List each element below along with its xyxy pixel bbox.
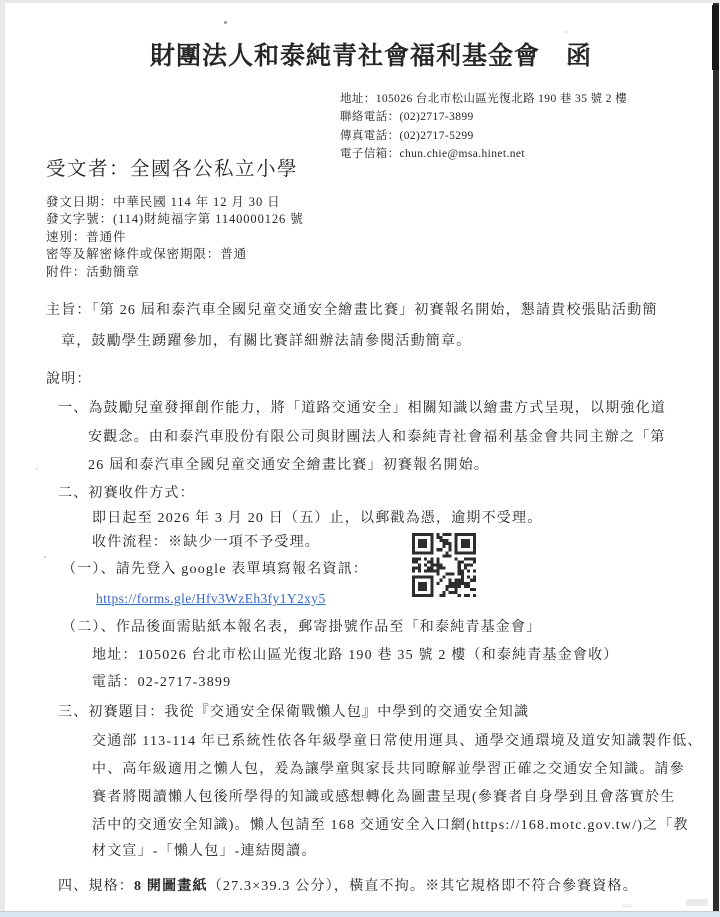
google-form-link[interactable]: https://forms.gle/Hfv3WzEh3fy1Y2xy5 xyxy=(96,591,326,606)
sender-phone: 聯絡電話：(02)2717-3899 xyxy=(340,108,627,126)
security-class: 密等及解密條件或保密期限：普通 xyxy=(46,246,304,263)
scan-speck xyxy=(44,556,46,558)
issue-date: 發文日期：中華民國 114 年 12 月 30 日 xyxy=(46,194,304,211)
item2-flow: 收件流程：※缺少一項不予受理。 xyxy=(92,534,320,552)
item4-line: 四、規格：8 開圖畫紙（27.3×39.3 公分），橫直不拘。※其它規格即不符合… xyxy=(58,878,638,896)
meta-block: 發文日期：中華民國 114 年 12 月 30 日 發文字號：(114)財純福字… xyxy=(46,194,304,281)
scan-smudge xyxy=(622,904,632,908)
item2-heading: 二、初賽收件方式： xyxy=(58,485,195,503)
doc-number: 發文字號：(114)財純福字第 1140000126 號 xyxy=(46,211,304,228)
speed-class: 速別：普通件 xyxy=(46,229,304,246)
recipient-line: 受文者：全國各公私立小學 xyxy=(46,153,298,181)
scan-edge-left xyxy=(0,0,5,917)
qr-code xyxy=(412,533,476,597)
item3-line-1: 三、初賽題目：我從『交通安全保衛戰懶人包』中學到的交通安全知識 xyxy=(58,704,529,722)
sender-email: 電子信箱：chun.chie@msa.hinet.net xyxy=(340,145,627,163)
item1-line-1: 一、為鼓勵兒童發揮創作能力，將「道路交通安全」相關知識以繪畫方式呈現，以期強化道 xyxy=(58,400,666,418)
sender-address: 地址：105026 台北市松山區光復北路 190 巷 35 號 2 樓 xyxy=(340,90,627,108)
form-link-line: https://forms.gle/Hfv3WzEh3fy1Y2xy5 xyxy=(96,590,326,609)
item3-line-3: 中、高年級適用之懶人包，爰為讓學童與家長共同瞭解並學習正確之交通安全知識。請參 xyxy=(92,761,685,779)
item3-line-6: 材文宣」-「懶人包」-連結閱讀。 xyxy=(92,843,317,861)
attachment: 附件：活動簡章 xyxy=(46,264,304,281)
item2-step1: （一）、請先登入 google 表單填寫報名資訊： xyxy=(62,561,368,579)
scan-edge-right-dark xyxy=(712,5,719,70)
explanation-heading: 說明： xyxy=(46,371,92,389)
scan-speck xyxy=(224,21,227,24)
subject-line-1: 主旨：「第 26 屆和泰汽車全國兒童交通安全繪畫比賽」初賽報名開始，懇請貴校張貼… xyxy=(46,302,658,320)
item1-line-2: 安觀念。由和泰汽車股份有限公司與財團法人和泰純青社會福利基金會共同主辦之「第 xyxy=(88,429,666,447)
window-bottom-bar xyxy=(0,911,720,917)
document-title: 財團法人和泰純青社會福利基金會 函 xyxy=(150,36,592,72)
item2-mail-address: 地址：105026 台北市松山區光復北路 190 巷 35 號 2 樓（和泰純青… xyxy=(92,647,619,665)
subject-line-2: 章，鼓勵學生踴躍參加，有關比賽詳細辦法請參閱活動簡章。 xyxy=(61,333,471,351)
item2-deadline: 即日起至 2026 年 3 月 20 日（五）止，以郵戳為憑，逾期不受理。 xyxy=(92,510,542,528)
scan-edge-right xyxy=(713,3,719,917)
scan-speck xyxy=(36,468,38,470)
sender-fax: 傳真電話：(02)2717-5299 xyxy=(340,127,627,145)
item1-line-3: 26 屆和泰汽車全國兒童交通安全繪畫比賽」初賽報名開始。 xyxy=(88,457,489,475)
sender-contact-block: 地址：105026 台北市松山區光復北路 190 巷 35 號 2 樓 聯絡電話… xyxy=(340,90,627,164)
scan-speck xyxy=(565,31,567,33)
scan-edge-top xyxy=(0,0,720,3)
item4-bold-spec: 8 開圖畫紙 xyxy=(134,879,208,894)
scan-smudge xyxy=(686,899,708,906)
item3-line-5: 活中的交通安全知識)。懶人包請至 168 交通安全入口網(https://168… xyxy=(92,817,689,835)
item3-line-2: 交通部 113-114 年已系統性依各年級學童日常使用運具、通學交通環境及道安知… xyxy=(92,733,703,751)
item2-step2: （二）、作品後面需貼紙本報名表，郵寄掛號作品至「和泰純青基金會」 xyxy=(62,619,541,637)
item4-suffix: （27.3×39.3 公分），橫直不拘。※其它規格即不符合參賽資格。 xyxy=(208,879,638,894)
item2-mail-phone: 電話：02-2717-3899 xyxy=(92,674,231,692)
item3-line-4: 賽者將閱讀懶人包後所學得的知識或感想轉化為圖畫呈現(參賽者自身學到且會落實於生 xyxy=(92,789,675,807)
item4-prefix: 四、規格： xyxy=(58,879,134,894)
